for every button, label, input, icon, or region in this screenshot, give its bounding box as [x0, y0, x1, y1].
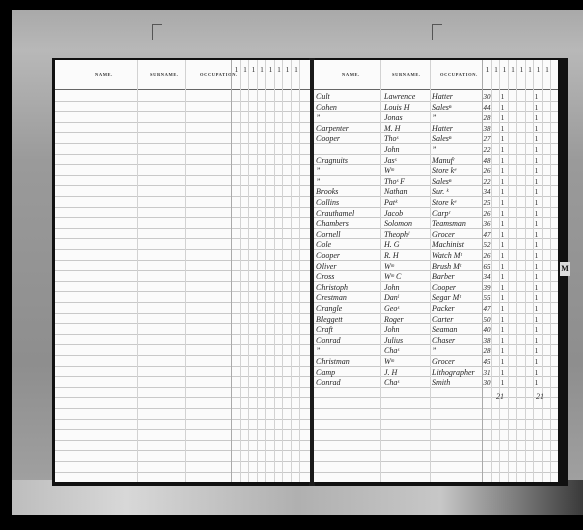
entry-tally-b: 1 [533, 124, 540, 134]
census-entry-row: ”Chaˢ”2811 [314, 346, 558, 357]
census-entry-row: CohenLouis HSalesⁿ4411 [314, 103, 558, 114]
entry-occupation: Salesⁿ [432, 177, 451, 187]
entry-occupation: ” [432, 145, 436, 155]
entry-surname: ” [316, 113, 320, 123]
ledger-book: NAME. SURNAME. OCCUPATION. 11111111 NAME… [52, 58, 568, 486]
entry-age: 34 [482, 272, 492, 282]
census-entry-row: ”WᵐStore kᵉ2611 [314, 166, 558, 177]
entry-tally-a: 1 [499, 177, 506, 187]
ruled-line [55, 260, 310, 261]
census-entry-row: CollinsPatᵏStore kᵉ2511 [314, 198, 558, 209]
census-entry-row: CrauthamelJacobCarpʳ2611 [314, 209, 558, 220]
ruled-line [314, 472, 558, 473]
census-entry-row: ChristophJohnCooper3911 [314, 283, 558, 294]
entry-occupation: Cooper [432, 283, 456, 293]
ruled-line [55, 164, 310, 165]
entry-age: 31 [482, 368, 492, 378]
ruled-line [55, 111, 310, 112]
entry-tally-b: 1 [533, 240, 540, 250]
ruled-line [55, 270, 310, 271]
entry-age: 28 [482, 346, 492, 356]
entry-surname: Crestman [316, 293, 347, 303]
entry-given-name: Roger [384, 315, 404, 325]
column-divider [248, 60, 249, 482]
ruled-line [55, 419, 310, 420]
left-page-header: NAME. SURNAME. OCCUPATION. [55, 60, 310, 90]
ruled-line [55, 355, 310, 356]
entry-tally-b: 1 [533, 336, 540, 346]
entry-tally-b: 1 [533, 219, 540, 229]
entry-occupation: Manufʳ [432, 156, 455, 166]
entry-occupation: ” [432, 346, 436, 356]
ruled-line [55, 344, 310, 345]
column-divider [299, 60, 300, 482]
edge-tab: M [560, 262, 570, 276]
ruled-line [55, 440, 310, 441]
entry-given-name: Chaˢ [384, 346, 399, 356]
entry-surname: Conrad [316, 336, 340, 346]
entry-age: 40 [482, 325, 492, 335]
entry-tally-a: 1 [499, 145, 506, 155]
column-divider [257, 60, 258, 482]
entry-tally-a: 1 [499, 134, 506, 144]
census-entry-row: CampJ. HLithographer3111 [314, 368, 558, 379]
entry-tally-b: 1 [533, 251, 540, 261]
entry-tally-a: 1 [499, 198, 506, 208]
census-entry-row: ChambersSolomonTeamsman3611 [314, 219, 558, 230]
entry-tally-a: 1 [499, 368, 506, 378]
column-divider [282, 60, 283, 482]
entry-age: 47 [482, 230, 492, 240]
ruled-line [55, 132, 310, 133]
ruled-line [55, 101, 310, 102]
entry-age: 39 [482, 283, 492, 293]
total-col-b: 21 [536, 392, 544, 401]
census-entry-row: CornellTheophˡGrocer4711 [314, 230, 558, 241]
census-entry-row: CraftJohnSeaman4011 [314, 325, 558, 336]
census-entry-row: John”2211 [314, 145, 558, 156]
ruled-line [314, 408, 558, 409]
entry-surname: Cooper [316, 251, 340, 261]
entry-occupation: Teamsman [432, 219, 466, 229]
entry-tally-b: 1 [533, 92, 540, 102]
entry-tally-a: 1 [499, 336, 506, 346]
entry-surname: Cragnuits [316, 156, 348, 166]
entry-occupation: Grocer [432, 230, 455, 240]
entry-surname: Brooks [316, 187, 338, 197]
entry-given-name: M. H [384, 124, 400, 134]
entry-tally-b: 1 [533, 166, 540, 176]
entry-surname: Cult [316, 92, 330, 102]
entry-given-name: Wᵐ [384, 166, 394, 176]
entry-tally-b: 1 [533, 103, 540, 113]
entry-tally-b: 1 [533, 230, 540, 240]
census-entry-row: ”Thoˢ FSalesⁿ2211 [314, 177, 558, 188]
entry-given-name: Thoˢ F [384, 177, 405, 187]
column-divider [137, 60, 138, 482]
census-entry-row: ConradJuliusChaser3811 [314, 336, 558, 347]
entry-given-name: J. H [384, 368, 397, 378]
entry-occupation: Brush Mᵗ [432, 262, 461, 272]
entry-age: 45 [482, 357, 492, 367]
entry-given-name: John [384, 145, 400, 155]
entry-tally-a: 1 [499, 166, 506, 176]
entry-given-name: Thoˢ [384, 134, 398, 144]
ruled-line [314, 397, 558, 398]
entry-given-name: Jacob [384, 209, 403, 219]
entry-given-name: Jasˢ [384, 156, 396, 166]
ruled-line [55, 387, 310, 388]
entry-surname: Collins [316, 198, 339, 208]
entry-tally-a: 1 [499, 92, 506, 102]
entry-age: 22 [482, 177, 492, 187]
entry-tally-b: 1 [533, 145, 540, 155]
entry-given-name: Danˡ [384, 293, 399, 303]
ruled-line [55, 238, 310, 239]
ruled-line [55, 366, 310, 367]
census-entry-row: BrooksNathanSur. ᵏ3411 [314, 187, 558, 198]
entry-tally-a: 1 [499, 240, 506, 250]
entry-tally-a: 1 [499, 262, 506, 272]
ruled-line [55, 143, 310, 144]
entry-given-name: Lawrence [384, 92, 415, 102]
entry-tally-a: 1 [499, 283, 506, 293]
entry-tally-a: 1 [499, 325, 506, 335]
census-entry-row: ConradChaˢSmith3011 [314, 378, 558, 389]
entry-age: 22 [482, 145, 492, 155]
registration-mark-right [432, 24, 433, 40]
entry-given-name: Wᵐ C [384, 272, 401, 282]
entry-surname: ” [316, 346, 320, 356]
ruled-line [55, 408, 310, 409]
entry-age: 30 [482, 378, 492, 388]
entry-occupation: Barber [432, 272, 455, 282]
entry-tally-a: 1 [499, 293, 506, 303]
right-page: NAME. SURNAME. OCCUPATION. 11111111 Cult… [314, 60, 558, 482]
entry-tally-a: 1 [499, 272, 506, 282]
entry-tally-b: 1 [533, 113, 540, 123]
column-divider [274, 60, 275, 482]
census-entry-row: BleggettRogerCarter5011 [314, 315, 558, 326]
entry-tally-a: 1 [499, 315, 506, 325]
entry-age: 38 [482, 124, 492, 134]
ruled-line [55, 185, 310, 186]
entry-surname: Cole [316, 240, 331, 250]
entry-tally-a: 1 [499, 346, 506, 356]
census-entry-row: CrestmanDanˡSegar Mᵗ5511 [314, 293, 558, 304]
entry-given-name: Geoˢ [384, 304, 399, 314]
entry-occupation: Smith [432, 378, 450, 388]
entry-tally-b: 1 [533, 187, 540, 197]
entry-surname: Crangle [316, 304, 342, 314]
entry-tally-b: 1 [533, 262, 540, 272]
census-entry-row: OliverWᵐBrush Mᵗ6511 [314, 262, 558, 273]
ruled-line [55, 302, 310, 303]
ruled-line [55, 334, 310, 335]
entry-occupation: Segar Mᵗ [432, 293, 461, 303]
entry-age: 44 [482, 103, 492, 113]
column-divider [240, 60, 241, 482]
entry-age: 55 [482, 293, 492, 303]
ruled-line [314, 429, 558, 430]
entry-age: 34 [482, 187, 492, 197]
ruled-line [55, 429, 310, 430]
ruled-line [55, 461, 310, 462]
entry-occupation: Hatter [432, 92, 453, 102]
ruled-line [55, 217, 310, 218]
ruled-line [55, 249, 310, 250]
entry-given-name: John [384, 325, 400, 335]
entry-tally-a: 1 [499, 187, 506, 197]
entry-occupation: Seaman [432, 325, 457, 335]
header-surname: SURNAME. [150, 72, 179, 77]
census-entry-row: CarpenterM. HHatter3811 [314, 124, 558, 135]
entry-age: 36 [482, 219, 492, 229]
column-divider [231, 60, 232, 482]
entry-surname: Crauthamel [316, 209, 354, 219]
ruled-line [314, 461, 558, 462]
entry-tally-b: 1 [533, 209, 540, 219]
entry-tally-b: 1 [533, 156, 540, 166]
entry-age: 26 [482, 166, 492, 176]
ruled-line [55, 323, 310, 324]
registration-mark-left [152, 24, 153, 40]
census-entry-row: CooperThoˢSalesⁿ2711 [314, 134, 558, 145]
entry-tally-a: 1 [499, 209, 506, 219]
ruled-line [55, 175, 310, 176]
entry-occupation: Lithographer [432, 368, 475, 378]
entry-surname: Oliver [316, 262, 336, 272]
entry-surname: Cross [316, 272, 334, 282]
ruled-line [55, 376, 310, 377]
right-page-header: NAME. SURNAME. OCCUPATION. [314, 60, 558, 90]
header-occupation: OCCUPATION. [440, 72, 478, 77]
entry-tally-a: 1 [499, 113, 506, 123]
ruled-line [55, 228, 310, 229]
entry-occupation: Chaser [432, 336, 455, 346]
entry-tally-b: 1 [533, 198, 540, 208]
entry-age: 28 [482, 113, 492, 123]
entry-surname: ” [316, 177, 320, 187]
entry-occupation: Salesⁿ [432, 103, 451, 113]
entry-given-name: Chaˢ [384, 378, 399, 388]
entry-tally-a: 1 [499, 251, 506, 261]
ruled-line [55, 313, 310, 314]
entry-occupation: Store kᵉ [432, 198, 456, 208]
entry-occupation: Carpʳ [432, 209, 450, 219]
entry-tally-a: 1 [499, 156, 506, 166]
census-entry-row: CultLawrenceHatter3011 [314, 92, 558, 103]
census-entry-row: ColeH. GMachinist5211 [314, 240, 558, 251]
header-surname: SURNAME. [392, 72, 421, 77]
entry-surname: Cornell [316, 230, 340, 240]
entry-occupation: Packer [432, 304, 455, 314]
ruled-line [314, 450, 558, 451]
entry-occupation: Hatter [432, 124, 453, 134]
entry-tally-b: 1 [533, 357, 540, 367]
entry-occupation: Carter [432, 315, 453, 325]
entry-given-name: H. G [384, 240, 400, 250]
entry-age: 25 [482, 198, 492, 208]
column-divider [291, 60, 292, 482]
census-entry-row: CrangleGeoˢPacker4711 [314, 304, 558, 315]
entry-tally-b: 1 [533, 293, 540, 303]
entry-tally-b: 1 [533, 368, 540, 378]
entry-given-name: Julius [384, 336, 403, 346]
entry-given-name: R. H [384, 251, 399, 261]
ruled-line [314, 419, 558, 420]
ruled-line [55, 291, 310, 292]
entry-tally-b: 1 [533, 177, 540, 187]
entry-surname: Cooper [316, 134, 340, 144]
entry-surname: Camp [316, 368, 335, 378]
entry-tally-a: 1 [499, 378, 506, 388]
census-entry-row: CragnuitsJasˢManufʳ4811 [314, 156, 558, 167]
column-divider [185, 60, 186, 482]
entry-tally-b: 1 [533, 283, 540, 293]
ruled-line [55, 154, 310, 155]
entry-tally-a: 1 [499, 357, 506, 367]
ruled-line [55, 196, 310, 197]
entry-age: 26 [482, 209, 492, 219]
entry-tally-b: 1 [533, 272, 540, 282]
entry-given-name: Jonas [384, 113, 403, 123]
total-col-a: 21 [496, 392, 504, 401]
entry-age: 48 [482, 156, 492, 166]
left-page: NAME. SURNAME. OCCUPATION. 11111111 [55, 60, 310, 482]
entry-age: 38 [482, 336, 492, 346]
entry-occupation: Watch Mᵗ [432, 251, 462, 261]
header-name: NAME. [95, 72, 113, 77]
entry-tally-a: 1 [499, 230, 506, 240]
entry-occupation: ” [432, 113, 436, 123]
entry-occupation: Sur. ᵏ [432, 187, 448, 197]
entry-surname: Bleggett [316, 315, 343, 325]
ruled-line [55, 207, 310, 208]
entry-surname: Conrad [316, 378, 340, 388]
entry-surname: Chambers [316, 219, 349, 229]
entry-tally-a: 1 [499, 103, 506, 113]
ruled-line [55, 450, 310, 451]
census-entry-row: CooperR. HWatch Mᵗ2611 [314, 251, 558, 262]
entry-age: 27 [482, 134, 492, 144]
ruled-line [55, 281, 310, 282]
entry-surname: Cohen [316, 103, 337, 113]
entry-tally-a: 1 [499, 304, 506, 314]
entry-surname: ” [316, 166, 320, 176]
entry-age: 26 [482, 251, 492, 261]
entry-tally-b: 1 [533, 325, 540, 335]
ruled-line [55, 472, 310, 473]
entry-occupation: Store kᵉ [432, 166, 456, 176]
census-entry-row: ChristmanWᵐGrocer4511 [314, 357, 558, 368]
entry-surname: Christoph [316, 283, 348, 293]
ruled-line [55, 122, 310, 123]
entry-tally-b: 1 [533, 304, 540, 314]
entry-tally-b: 1 [533, 378, 540, 388]
entry-age: 47 [482, 304, 492, 314]
entry-surname: Carpenter [316, 124, 349, 134]
entry-tally-b: 1 [533, 315, 540, 325]
entry-given-name: Wᵐ [384, 262, 394, 272]
entry-tally-a: 1 [499, 219, 506, 229]
entry-occupation: Salesⁿ [432, 134, 451, 144]
entry-given-name: Louis H [384, 103, 410, 113]
entry-surname: Craft [316, 325, 333, 335]
entry-age: 52 [482, 240, 492, 250]
entry-given-name: Wᵐ [384, 357, 394, 367]
census-entry-row: ”Jonas”2811 [314, 113, 558, 124]
entry-surname: Christman [316, 357, 350, 367]
header-name: NAME. [342, 72, 360, 77]
entry-given-name: Patᵏ [384, 198, 397, 208]
column-divider [265, 60, 266, 482]
entry-age: 65 [482, 262, 492, 272]
ruled-line [314, 440, 558, 441]
entry-given-name: Nathan [384, 187, 408, 197]
entry-occupation: Grocer [432, 357, 455, 367]
ruled-line [55, 397, 310, 398]
entry-given-name: Solomon [384, 219, 412, 229]
census-entry-row: CrossWᵐ CBarber3411 [314, 272, 558, 283]
entry-age: 50 [482, 315, 492, 325]
entry-tally-a: 1 [499, 124, 506, 134]
entry-given-name: John [384, 283, 400, 293]
entry-tally-b: 1 [533, 134, 540, 144]
entry-age: 30 [482, 92, 492, 102]
entry-tally-b: 1 [533, 346, 540, 356]
entry-given-name: Theophˡ [384, 230, 409, 240]
entry-occupation: Machinist [432, 240, 464, 250]
